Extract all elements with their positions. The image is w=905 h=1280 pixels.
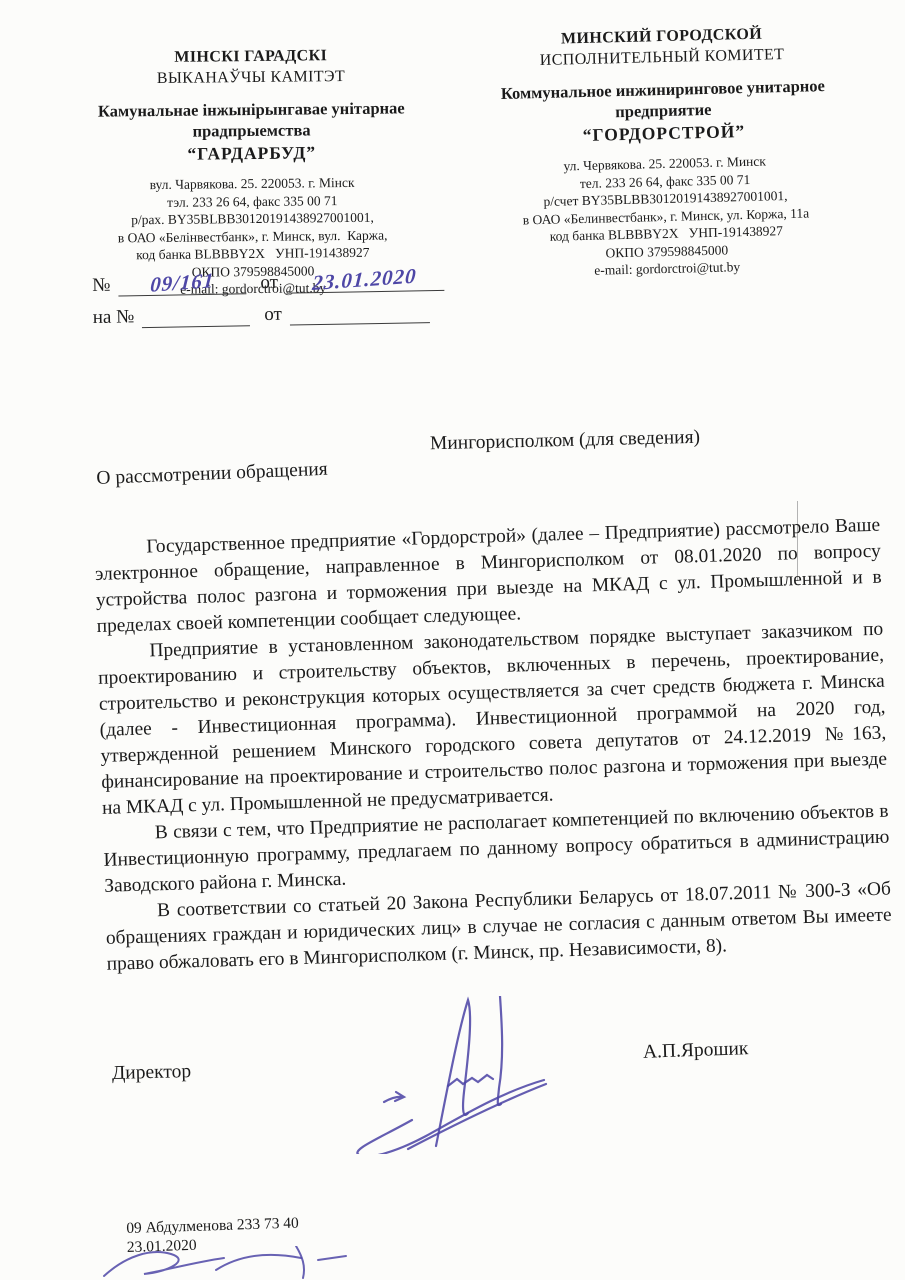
from-label: от	[260, 272, 278, 294]
company-address-ru: ул. Червякова. 25. 220053. г. Минск тел.…	[446, 150, 886, 283]
letter-body: Государственное предприятие «Гордорстрой…	[94, 513, 893, 978]
executor-signature	[96, 1246, 396, 1280]
incoming-number-row: на № от	[93, 298, 445, 329]
recipient-line: Мингорисполком (для сведения)	[430, 427, 701, 456]
reply-from-label: от	[264, 304, 282, 326]
incoming-date-field	[290, 298, 430, 325]
outgoing-number-row: № 09/161 от 23.01.2020	[92, 266, 444, 297]
company-type-be: Камунальнае інжынірынгавае унітарнае пра…	[57, 97, 445, 143]
outgoing-date-field: 23.01.2020	[286, 266, 444, 294]
subject-line: О рассмотрении обращения	[96, 459, 328, 490]
number-label: №	[92, 275, 111, 297]
letterhead-belarusian: МІНСКІ ГАРАДСКІ ВЫКАНАЎЧЫ КАМІТЭТ Камуна…	[57, 24, 448, 300]
body-paragraph: Предприятие в установленном законодатель…	[97, 617, 888, 822]
position-title: Директор	[112, 1061, 192, 1085]
org-name-line2-be: ВЫКАНАЎЧЫ КАМІТЭТ	[57, 65, 445, 90]
handwritten-date: 23.01.2020	[312, 264, 418, 296]
handwritten-number: 09/161	[149, 268, 215, 298]
outgoing-number-field: 09/161	[118, 269, 246, 296]
signer-name: А.П.Ярошик	[643, 1038, 749, 1064]
company-name-be: “ГАРДАРБУД”	[58, 141, 446, 166]
scanned-letter-page: МІНСКІ ГАРАДСКІ ВЫКАНАЎЧЫ КАМІТЭТ Камуна…	[0, 0, 905, 1280]
letterhead: МІНСКІ ГАРАДСКІ ВЫКАНАЎЧЫ КАМІТЭТ Камуна…	[58, 26, 883, 298]
reference-block: № 09/161 от 23.01.2020 на № от	[92, 266, 445, 336]
incoming-number-field	[142, 301, 250, 328]
letterhead-russian: МИНСКИЙ ГОРОДСКОЙ ИСПОЛНИТЕЛЬНЫЙ КОМИТЕТ…	[442, 21, 886, 303]
director-signature	[350, 996, 562, 1154]
reply-number-label: на №	[93, 306, 135, 329]
